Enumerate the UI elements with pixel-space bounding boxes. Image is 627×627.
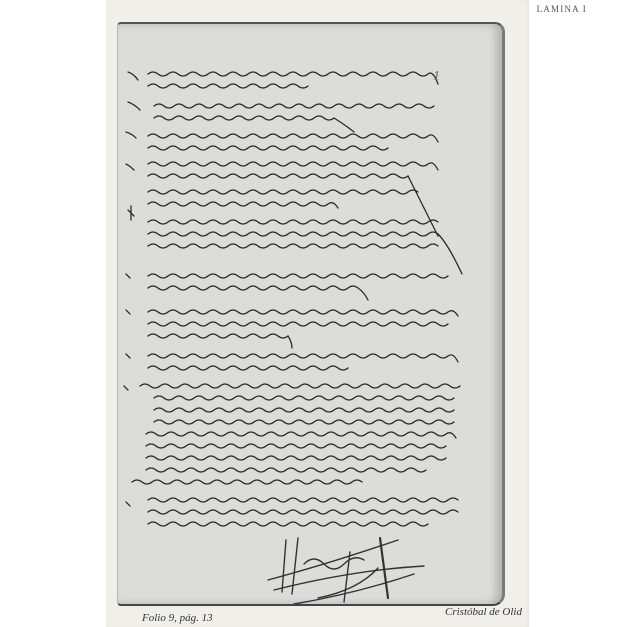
folio-caption: Folio 9, pág. 13 [142, 612, 213, 624]
manuscript-plate: 1 [117, 22, 505, 606]
folio-number: 1 [433, 69, 440, 85]
handwriting-strokes [118, 24, 502, 604]
signature [268, 538, 424, 604]
author-caption: Cristóbal de Olid [445, 606, 522, 618]
running-head: LAMINA I [537, 4, 587, 14]
